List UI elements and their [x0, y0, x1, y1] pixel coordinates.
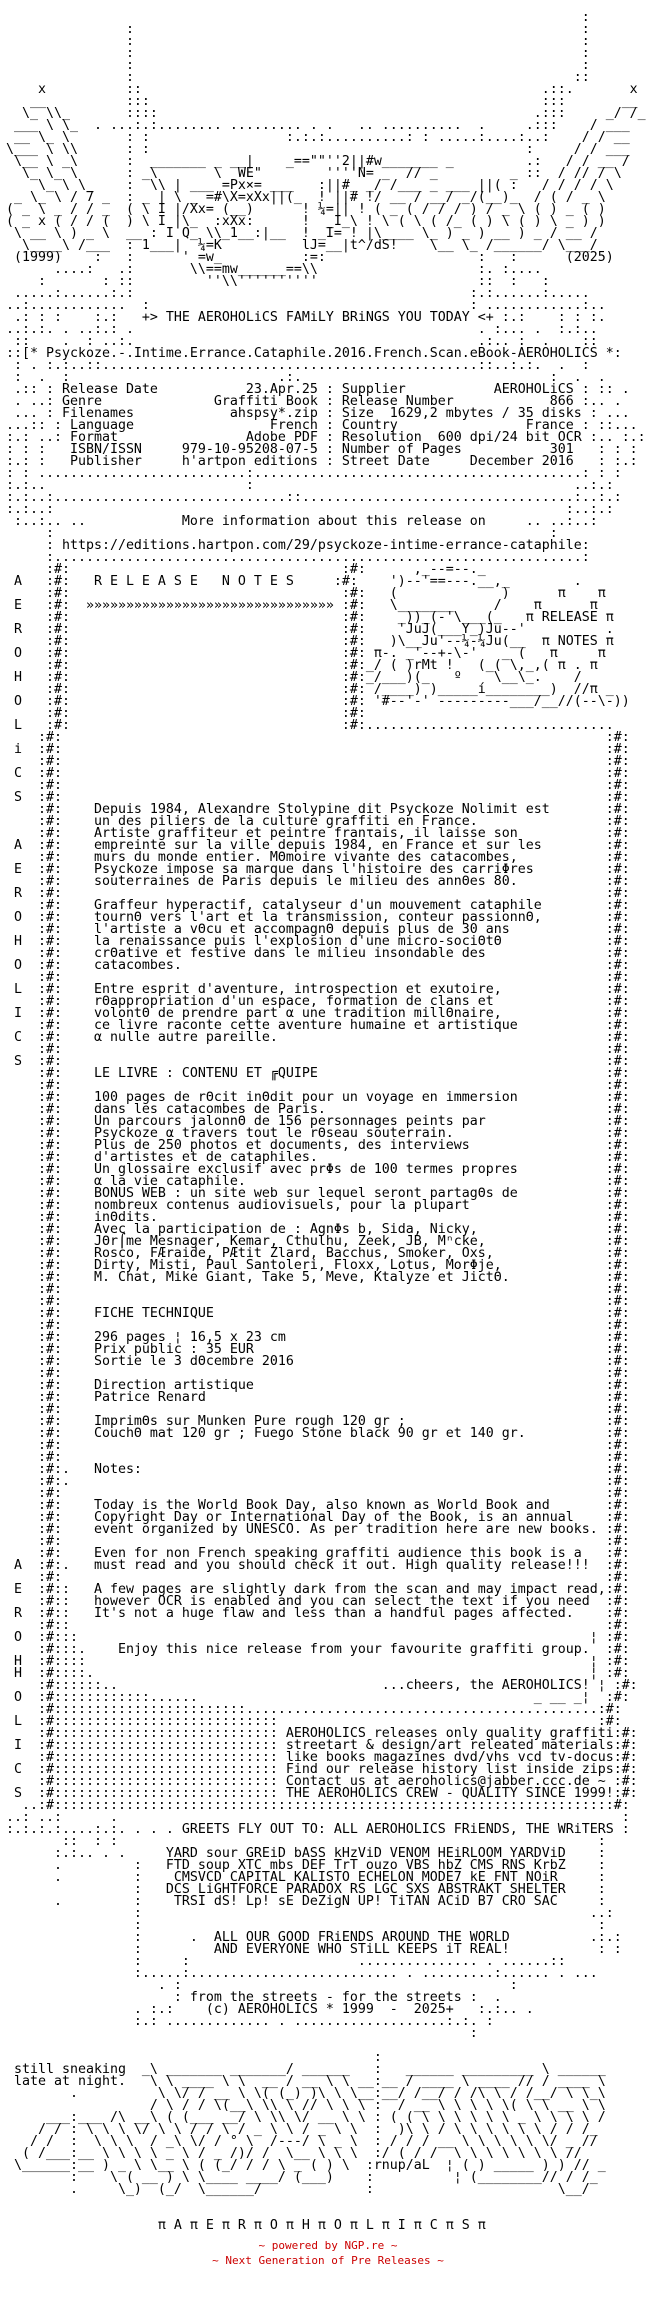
top-ascii-art: : : : : : :: [0, 0, 656, 348]
release-notes-body: :#: :#: i :#: :#: :#:: [0, 732, 656, 1668]
greets-section: ..: ..: . : :.:.:.:....:.:. . . . GREETS…: [0, 1812, 656, 2040]
bottom-ascii-art: : still sneaking _\ _______ _______/ ___…: [0, 2040, 656, 2232]
release-notes-header: :#: :#: ,_--=--._ A :#: R E L E A S E N …: [0, 564, 656, 732]
release-info-box: ::[* Psyckoze.-.Intime.Errance.Cataphile…: [0, 348, 656, 564]
crew-plug-block: H :#::::. ¦ :#: :#::::::.. ...cheers, th…: [0, 1668, 656, 1812]
nfo-document: : : : : : :: [0, 0, 656, 2316]
powered-by-footer: ~ powered by NGP.re ~ ~ Next Generation …: [0, 2232, 656, 2268]
